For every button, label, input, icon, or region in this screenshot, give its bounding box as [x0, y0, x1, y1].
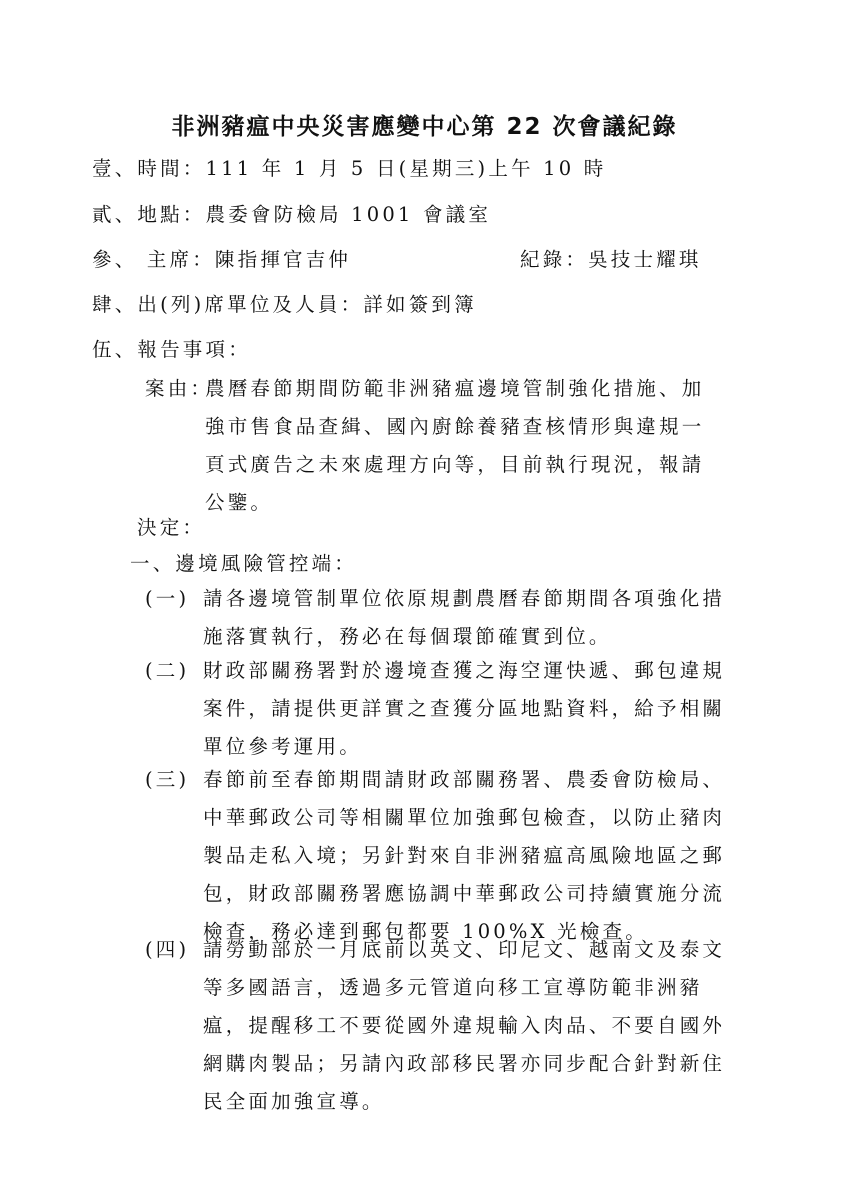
section-value: 111 年 1 月 5 日(星期三)上午 10 時	[206, 157, 607, 180]
section-marker: 貳、	[92, 203, 137, 226]
item-line: 請各邊境管制單位依原規劃農曆春節期間各項強化措	[203, 580, 743, 618]
item-line: 施落實執行，務必在每個環節確實到位。	[203, 618, 743, 656]
section-location: 貳、地點：農委會防檢局 1001 會議室	[92, 201, 491, 229]
case-line: 公鑒。	[205, 484, 745, 522]
section-attendees: 肆、出(列)席單位及人員：詳如簽到簿	[92, 291, 477, 319]
section-label: 主席：	[147, 248, 215, 271]
item-marker: (三)	[145, 761, 189, 799]
item-line: 製品走私入境；另針對來自非洲豬瘟高風險地區之郵	[203, 837, 743, 875]
case-line: 農曆春節期間防範非洲豬瘟邊境管制強化措施、加	[205, 370, 745, 408]
section-marker: 伍、	[92, 338, 137, 361]
recorder: 紀錄：吳技士耀琪	[520, 246, 702, 274]
decision-heading: 一、邊境風險管控端：	[130, 545, 357, 583]
item-marker: (二)	[145, 652, 189, 690]
case-line: 頁式廣告之未來處理方向等，目前執行現況，報請	[205, 446, 745, 484]
item-marker: (四)	[145, 931, 189, 969]
case-line: 強市售食品查緝、國內廚餘養豬查核情形與違規一	[205, 408, 745, 446]
section-value: 農委會防檢局 1001 會議室	[206, 203, 492, 226]
item-line: 案件，請提供更詳實之查獲分區地點資料，給予相關	[203, 690, 743, 728]
section-time: 壹、時間：111 年 1 月 5 日(星期三)上午 10 時	[92, 155, 606, 183]
decision-item-1: 請各邊境管制單位依原規劃農曆春節期間各項強化措 施落實執行，務必在每個環節確實到…	[203, 580, 743, 656]
section-label: 時間：	[137, 157, 205, 180]
recorder-value: 吳技士耀琪	[588, 248, 702, 271]
case-label: 案由：	[145, 370, 213, 408]
document-title: 非洲豬瘟中央災害應變中心第 22 次會議紀錄	[0, 108, 849, 141]
item-line: 瘟，提醒移工不要從國外違規輸入肉品、不要自國外	[203, 1007, 743, 1045]
case-text: 農曆春節期間防範非洲豬瘟邊境管制強化措施、加 強市售食品查緝、國內廚餘養豬查核情…	[205, 370, 745, 522]
section-value: 陳指揮官吉仲	[215, 248, 351, 271]
decision-item-2: 財政部關務署對於邊境查獲之海空運快遞、郵包違規 案件，請提供更詳實之查獲分區地點…	[203, 652, 743, 766]
item-line: 中華郵政公司等相關單位加強郵包檢查，以防止豬肉	[203, 799, 743, 837]
section-chair: 參、 主席：陳指揮官吉仲	[92, 246, 351, 274]
item-line: 請勞動部於一月底前以英文、印尼文、越南文及泰文	[203, 931, 743, 969]
recorder-label: 紀錄：	[520, 248, 588, 271]
item-marker: (一)	[145, 580, 189, 618]
item-line: 包，財政部關務署應協調中華郵政公司持續實施分流	[203, 875, 743, 913]
section-marker: 壹、	[92, 157, 137, 180]
item-line: 網購肉製品；另請內政部移民署亦同步配合針對新住	[203, 1045, 743, 1083]
section-report: 伍、報告事項：	[92, 336, 251, 364]
section-label: 地點：	[137, 203, 205, 226]
section-label: 出(列)席單位及人員：	[137, 293, 363, 316]
item-line: 春節前至春節期間請財政部關務署、農委會防檢局、	[203, 761, 743, 799]
item-line: 民全面加強宣導。	[203, 1083, 743, 1121]
section-marker: 肆、	[92, 293, 137, 316]
document-page: 非洲豬瘟中央災害應變中心第 22 次會議紀錄 壹、時間：111 年 1 月 5 …	[0, 0, 849, 1200]
section-label: 報告事項：	[137, 338, 251, 361]
decision-item-4: 請勞動部於一月底前以英文、印尼文、越南文及泰文 等多國語言，透過多元管道向移工宣…	[203, 931, 743, 1121]
item-line: 財政部關務署對於邊境查獲之海空運快遞、郵包違規	[203, 652, 743, 690]
section-marker: 參、	[92, 248, 137, 271]
decision-item-3: 春節前至春節期間請財政部關務署、農委會防檢局、 中華郵政公司等相關單位加強郵包檢…	[203, 761, 743, 951]
item-line: 等多國語言，透過多元管道向移工宣導防範非洲豬	[203, 969, 743, 1007]
section-value: 詳如簽到簿	[363, 293, 477, 316]
decision-label: 決定：	[137, 509, 205, 547]
